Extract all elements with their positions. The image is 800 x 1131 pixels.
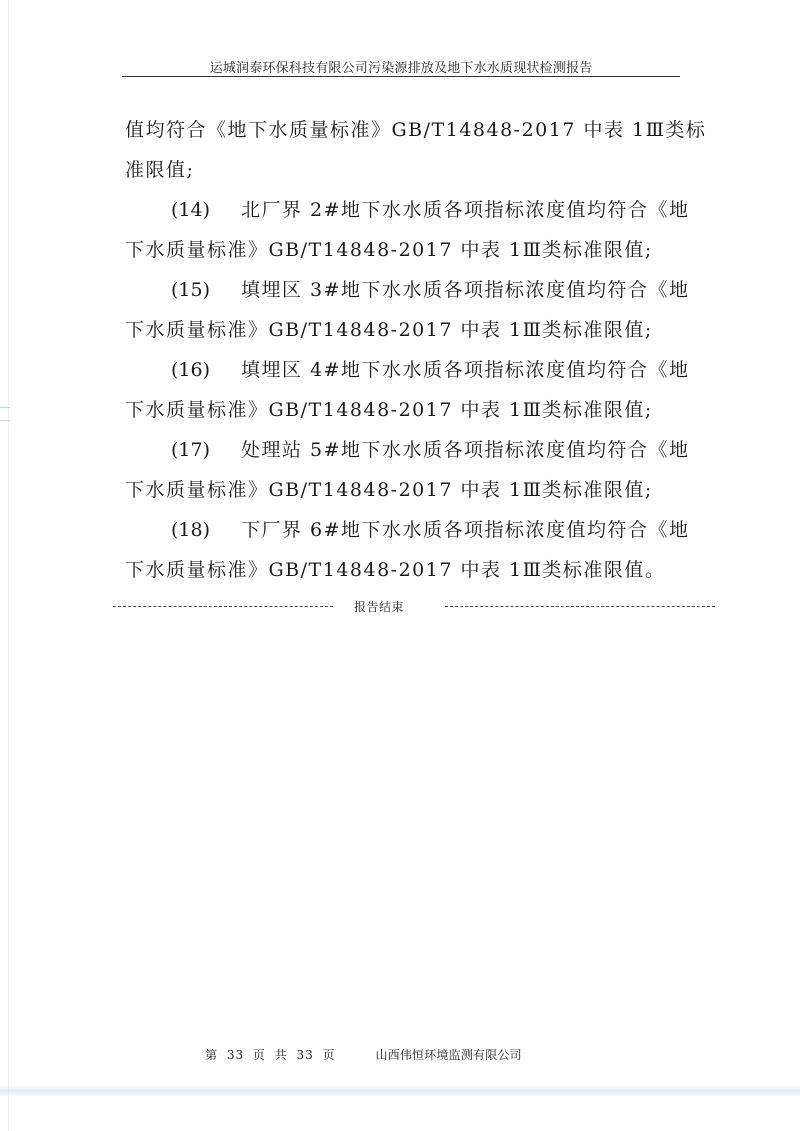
scan-artifact-mark bbox=[0, 420, 10, 421]
continuation-line: 值均符合《地下水质量标准》GB/T14848-2017 中表 1Ⅲ类标 bbox=[125, 110, 685, 150]
item-second-line: 下水质量标准》GB/T14848-2017 中表 1Ⅲ类标准限值; bbox=[125, 310, 685, 350]
item-number: (18) bbox=[171, 510, 241, 550]
item-first-line: (18)下厂界 6#地下水水质各项指标浓度值均符合《地 bbox=[125, 510, 685, 550]
report-body: 值均符合《地下水质量标准》GB/T14848-2017 中表 1Ⅲ类标 准限值;… bbox=[125, 110, 685, 590]
scan-page-edge bbox=[8, 0, 9, 1131]
item-text: 北厂界 2#地下水水质各项指标浓度值均符合《地 bbox=[241, 199, 690, 221]
conclusion-item-17: (17)处理站 5#地下水水质各项指标浓度值均符合《地 下水质量标准》GB/T1… bbox=[125, 430, 685, 510]
report-end-marker: 报告结束 bbox=[112, 598, 716, 614]
item-number: (16) bbox=[171, 350, 241, 390]
conclusion-item-14: (14)北厂界 2#地下水水质各项指标浓度值均符合《地 下水质量标准》GB/T1… bbox=[125, 190, 685, 270]
continuation-line: 准限值; bbox=[125, 150, 685, 190]
item-text: 处理站 5#地下水水质各项指标浓度值均符合《地 bbox=[241, 439, 690, 461]
item-first-line: (16)填埋区 4#地下水水质各项指标浓度值均符合《地 bbox=[125, 350, 685, 390]
report-title: 运城润泰环保科技有限公司污染源排放及地下水水质现状检测报告 bbox=[122, 57, 680, 76]
item-text: 填埋区 3#地下水水质各项指标浓度值均符合《地 bbox=[241, 279, 690, 301]
item-second-line: 下水质量标准》GB/T14848-2017 中表 1Ⅲ类标准限值; bbox=[125, 230, 685, 270]
item-number: (17) bbox=[171, 430, 241, 470]
item-number: (15) bbox=[171, 270, 241, 310]
scan-artifact-mark bbox=[0, 407, 10, 408]
dashed-divider-right bbox=[445, 606, 715, 607]
item-first-line: (15)填埋区 3#地下水水质各项指标浓度值均符合《地 bbox=[125, 270, 685, 310]
item-number: (14) bbox=[171, 190, 241, 230]
dashed-divider-left bbox=[113, 606, 333, 607]
page-number: 第 33 页 共 33 页 bbox=[205, 1046, 336, 1063]
conclusion-item-15: (15)填埋区 3#地下水水质各项指标浓度值均符合《地 下水质量标准》GB/T1… bbox=[125, 270, 685, 350]
item-second-line: 下水质量标准》GB/T14848-2017 中表 1Ⅲ类标准限值; bbox=[125, 390, 685, 430]
header-divider bbox=[122, 76, 680, 77]
item-first-line: (17)处理站 5#地下水水质各项指标浓度值均符合《地 bbox=[125, 430, 685, 470]
footer-company: 山西伟恒环境监测有限公司 bbox=[375, 1046, 521, 1063]
conclusion-item-16: (16)填埋区 4#地下水水质各项指标浓度值均符合《地 下水质量标准》GB/T1… bbox=[125, 350, 685, 430]
item-text: 下厂界 6#地下水水质各项指标浓度值均符合《地 bbox=[241, 519, 690, 541]
item-second-line: 下水质量标准》GB/T14848-2017 中表 1Ⅲ类标准限值。 bbox=[125, 550, 685, 590]
scan-artifact-band bbox=[0, 1085, 800, 1097]
item-first-line: (14)北厂界 2#地下水水质各项指标浓度值均符合《地 bbox=[125, 190, 685, 230]
page-footer: 第 33 页 共 33 页 山西伟恒环境监测有限公司 bbox=[205, 1046, 525, 1063]
item-second-line: 下水质量标准》GB/T14848-2017 中表 1Ⅲ类标准限值; bbox=[125, 470, 685, 510]
page-header: 运城润泰环保科技有限公司污染源排放及地下水水质现状检测报告 bbox=[122, 55, 680, 77]
item-text: 填埋区 4#地下水水质各项指标浓度值均符合《地 bbox=[241, 359, 690, 381]
report-end-label: 报告结束 bbox=[354, 598, 404, 615]
conclusion-item-18: (18)下厂界 6#地下水水质各项指标浓度值均符合《地 下水质量标准》GB/T1… bbox=[125, 510, 685, 590]
